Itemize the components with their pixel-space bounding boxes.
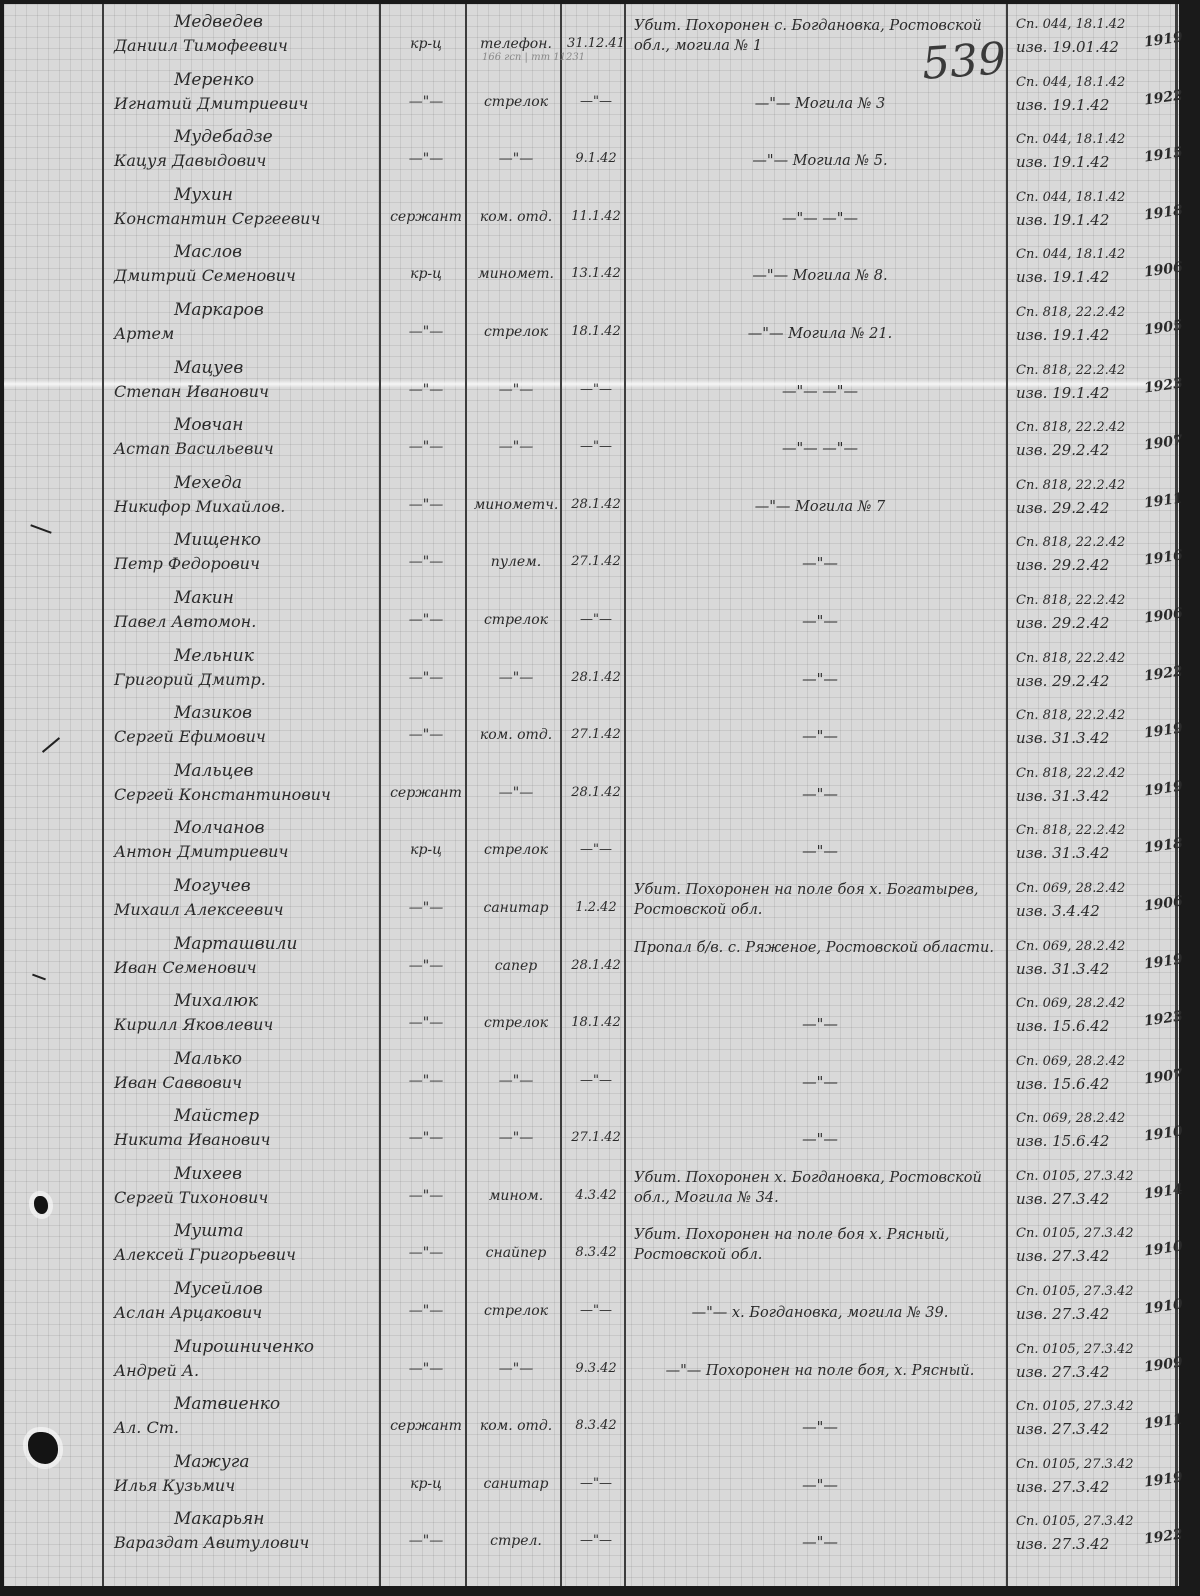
given-name: Петр Федорович: [114, 554, 260, 573]
reference: Сп. 069, 28.2.42изв. 15.6.42: [1016, 1108, 1125, 1154]
birth-year: 1907: [1143, 433, 1184, 454]
reference-notice: изв. 31.3.42: [1016, 960, 1109, 978]
given-name: Константин Сергеевич: [114, 209, 320, 228]
reference-list: Сп. 069, 28.2.42: [1016, 1054, 1125, 1069]
date-of-loss: 9.3.42: [566, 1361, 626, 1376]
rank: сержант: [387, 785, 465, 801]
surname: Мазиков: [174, 703, 252, 723]
position: стрелок: [472, 1303, 560, 1319]
fate-and-burial: Убит. Похоронен х. Богдановка, Ростовско…: [634, 1168, 1006, 1208]
table-row: МирошниченкоАндрей А.—"——"—9.3.42—"— Пох…: [4, 1335, 1179, 1393]
given-name: Даниил Тимофеевич: [114, 36, 288, 55]
date-of-loss: 28.1.42: [566, 497, 626, 512]
fate-and-burial: —"—: [634, 842, 1006, 862]
given-name: Сергей Ефимович: [114, 727, 266, 746]
rank: —"—: [387, 612, 465, 628]
rank: сержант: [387, 1418, 465, 1434]
surname: Медведев: [174, 12, 263, 32]
date-of-loss: —"—: [566, 1303, 626, 1318]
given-name: Вараздат Авитулович: [114, 1533, 309, 1552]
fate-and-burial: —"— Могила № 3: [634, 94, 1006, 114]
fate-and-burial: —"— Могила № 5.: [634, 151, 1006, 171]
fate-and-burial: —"— —"—: [634, 439, 1006, 459]
rank: —"—: [387, 1533, 465, 1549]
surname: Мовчан: [174, 415, 243, 435]
surname: Мехеда: [174, 473, 242, 493]
surname: Маслов: [174, 242, 242, 262]
date-of-loss: —"—: [566, 1476, 626, 1491]
given-name: Астап Васильевич: [114, 439, 274, 458]
surname: Мудебадзе: [174, 127, 273, 147]
reference-list: Сп. 818, 22.2.42: [1016, 766, 1125, 781]
date-of-loss: 28.1.42: [566, 958, 626, 973]
surname: Мухин: [174, 185, 233, 205]
rank: сержант: [387, 209, 465, 225]
position: стрелок: [472, 612, 560, 628]
fate-and-burial: —"— Могила № 21.: [634, 324, 1006, 344]
surname: Мажуга: [174, 1452, 249, 1472]
reference: Сп. 044, 18.1.42изв. 19.1.42: [1016, 129, 1125, 175]
surname: Марташвили: [174, 934, 297, 954]
surname: Макин: [174, 588, 234, 608]
fate-and-burial: —"— —"—: [634, 382, 1006, 402]
table-row: МихалюкКирилл Яковлевич—"—стрелок18.1.42…: [4, 989, 1179, 1047]
position: миномет.: [472, 266, 560, 282]
fate-and-burial: —"—: [634, 1073, 1006, 1093]
reference-list: Сп. 818, 22.2.42: [1016, 823, 1125, 838]
reference-notice: изв. 15.6.42: [1016, 1017, 1109, 1035]
surname: Михалюк: [174, 991, 258, 1011]
birth-year: 1918: [1143, 836, 1184, 857]
table-row: МарташвилиИван Семенович—"—сапер28.1.42П…: [4, 932, 1179, 990]
reference-notice: изв. 27.3.42: [1016, 1363, 1109, 1381]
reference: Сп. 069, 28.2.42изв. 3.4.42: [1016, 878, 1125, 924]
fate-and-burial: —"—: [634, 1418, 1006, 1438]
rank: —"—: [387, 727, 465, 743]
table-row: МалькоИван Саввович—"——"——"——"—Сп. 069, …: [4, 1047, 1179, 1105]
surname: Молчанов: [174, 818, 265, 838]
given-name: Аслан Арцакович: [114, 1303, 262, 1322]
rank: —"—: [387, 1073, 465, 1089]
reference: Сп. 044, 18.1.42изв. 19.01.42: [1016, 14, 1125, 60]
birth-year: 1911: [1143, 490, 1184, 511]
fate-and-burial: —"—: [634, 612, 1006, 632]
reference: Сп. 818, 22.2.42изв. 29.2.42: [1016, 590, 1125, 636]
reference-notice: изв. 15.6.42: [1016, 1075, 1109, 1093]
given-name: Иван Саввович: [114, 1073, 242, 1092]
given-name: Никифор Михайлов.: [114, 497, 285, 516]
rank: кр-ц: [387, 842, 465, 858]
reference-notice: изв. 19.1.42: [1016, 268, 1109, 286]
table-row: МусейловАслан Арцакович—"—стрелок—"——"— …: [4, 1277, 1179, 1335]
birth-year: 1919: [1143, 778, 1184, 799]
reference: Сп. 818, 22.2.42изв. 31.3.42: [1016, 820, 1125, 866]
surname: Мацуев: [174, 358, 243, 378]
rank: —"—: [387, 1245, 465, 1261]
reference-notice: изв. 19.1.42: [1016, 153, 1109, 171]
position: —"—: [472, 382, 560, 398]
reference-notice: изв. 27.3.42: [1016, 1535, 1109, 1553]
given-name: Артем: [114, 324, 174, 343]
reference: Сп. 818, 22.2.42изв. 31.3.42: [1016, 763, 1125, 809]
reference-notice: изв. 27.3.42: [1016, 1305, 1109, 1323]
given-name: Игнатий Дмитриевич: [114, 94, 308, 113]
position: минометч.: [472, 497, 560, 513]
rank: кр-ц: [387, 1476, 465, 1492]
table-row: МовчанАстап Васильевич—"——"——"——"— —"—Сп…: [4, 413, 1179, 471]
position: мином.: [472, 1188, 560, 1204]
given-name: Антон Дмитриевич: [114, 842, 288, 861]
reference-list: Сп. 0105, 27.3.42: [1016, 1284, 1134, 1299]
table-row: МакинПавел Автомон.—"—стрелок—"——"—Сп. 8…: [4, 586, 1179, 644]
given-name: Андрей А.: [114, 1361, 199, 1380]
rank: —"—: [387, 1130, 465, 1146]
reference-notice: изв. 27.3.42: [1016, 1478, 1109, 1496]
position-note: 166 гсп | тт 11231: [482, 52, 585, 63]
reference: Сп. 0105, 27.3.42изв. 27.3.42: [1016, 1223, 1134, 1269]
reference: Сп. 818, 22.2.42изв. 29.2.42: [1016, 648, 1125, 694]
rank: —"—: [387, 900, 465, 916]
reference-notice: изв. 19.1.42: [1016, 384, 1109, 402]
position: —"—: [472, 785, 560, 801]
given-name: Сергей Тихонович: [114, 1188, 268, 1207]
birth-year: 1915: [1143, 145, 1184, 166]
reference-list: Сп. 818, 22.2.42: [1016, 363, 1125, 378]
reference-notice: изв. 31.3.42: [1016, 729, 1109, 747]
table-row: МатвиенкоАл. Ст.сержантком. отд.8.3.42—"…: [4, 1392, 1179, 1450]
birth-year: 1922: [1143, 1527, 1184, 1548]
fate-and-burial: —"— Могила № 8.: [634, 266, 1006, 286]
reference-list: Сп. 818, 22.2.42: [1016, 478, 1125, 493]
date-of-loss: —"—: [566, 94, 626, 109]
reference-list: Сп. 044, 18.1.42: [1016, 17, 1125, 32]
birth-year: 1906: [1143, 605, 1184, 626]
rank: —"—: [387, 497, 465, 513]
reference-notice: изв. 19.01.42: [1016, 38, 1119, 56]
reference: Сп. 818, 22.2.42изв. 31.3.42: [1016, 705, 1125, 751]
reference-list: Сп. 0105, 27.3.42: [1016, 1514, 1134, 1529]
surname: Мельник: [174, 646, 254, 666]
rank: кр-ц: [387, 266, 465, 282]
reference-notice: изв. 3.4.42: [1016, 902, 1100, 920]
reference-notice: изв. 29.2.42: [1016, 614, 1109, 632]
rank: —"—: [387, 151, 465, 167]
rank: —"—: [387, 1188, 465, 1204]
reference-list: Сп. 818, 22.2.42: [1016, 535, 1125, 550]
birth-year: 1919: [1143, 29, 1184, 50]
surname: Макарьян: [174, 1509, 264, 1529]
position: стрел.: [472, 1533, 560, 1549]
table-row: МацуевСтепан Иванович—"——"——"——"— —"—Сп.…: [4, 356, 1179, 414]
position: —"—: [472, 1361, 560, 1377]
date-of-loss: —"—: [566, 382, 626, 397]
date-of-loss: 27.1.42: [566, 554, 626, 569]
fate-and-burial: —"—: [634, 727, 1006, 747]
reference-notice: изв. 27.3.42: [1016, 1247, 1109, 1265]
date-of-loss: 28.1.42: [566, 670, 626, 685]
fate-and-burial: —"—: [634, 1533, 1006, 1553]
reference-notice: изв. 29.2.42: [1016, 499, 1109, 517]
given-name: Илья Кузьмич: [114, 1476, 235, 1495]
table-row: МолчановАнтон Дмитриевичкр-цстрелок—"——"…: [4, 816, 1179, 874]
reference-notice: изв. 19.1.42: [1016, 96, 1109, 114]
reference: Сп. 818, 22.2.42изв. 29.2.42: [1016, 475, 1125, 521]
position: санитар: [472, 1476, 560, 1492]
rank: —"—: [387, 1361, 465, 1377]
rank: —"—: [387, 439, 465, 455]
birth-year: 1919: [1143, 1469, 1184, 1490]
position: —"—: [472, 670, 560, 686]
rank: —"—: [387, 670, 465, 686]
fate-and-burial: —"— Могила № 7: [634, 497, 1006, 517]
position: ком. отд.: [472, 1418, 560, 1434]
reference-list: Сп. 044, 18.1.42: [1016, 75, 1125, 90]
fate-and-burial: —"—: [634, 554, 1006, 574]
table-row: МакарьянВараздат Авитулович—"—стрел.—"——…: [4, 1507, 1179, 1565]
reference-list: Сп. 0105, 27.3.42: [1016, 1169, 1134, 1184]
rank: кр-ц: [387, 36, 465, 52]
table-row: МогучевМихаил Алексеевич—"—санитар1.2.42…: [4, 874, 1179, 932]
given-name: Михаил Алексеевич: [114, 900, 284, 919]
reference-list: Сп. 0105, 27.3.42: [1016, 1399, 1134, 1414]
given-name: Кацуя Давыдович: [114, 151, 266, 170]
date-of-loss: —"—: [566, 842, 626, 857]
table-row: МедведевДаниил Тимофеевичкр-цтелефон.166…: [4, 10, 1179, 68]
reference: Сп. 044, 18.1.42изв. 19.1.42: [1016, 72, 1125, 118]
birth-year: 1916: [1143, 548, 1184, 569]
reference: Сп. 0105, 27.3.42изв. 27.3.42: [1016, 1281, 1134, 1327]
date-of-loss: 18.1.42: [566, 324, 626, 339]
reference: Сп. 818, 22.2.42изв. 29.2.42: [1016, 532, 1125, 578]
fate-and-burial: —"—: [634, 1015, 1006, 1035]
position: ком. отд.: [472, 727, 560, 743]
date-of-loss: 4.3.42: [566, 1188, 626, 1203]
table-row: МаркаровАртем—"—стрелок18.1.42—"— Могила…: [4, 298, 1179, 356]
rank: —"—: [387, 1015, 465, 1031]
given-name: Иван Семенович: [114, 958, 257, 977]
reference-notice: изв. 29.2.42: [1016, 441, 1109, 459]
surname: Мусейлов: [174, 1279, 263, 1299]
reference: Сп. 818, 22.2.42изв. 19.1.42: [1016, 360, 1125, 406]
fate-and-burial: —"—: [634, 1476, 1006, 1496]
reference: Сп. 044, 18.1.42изв. 19.1.42: [1016, 187, 1125, 233]
reference-notice: изв. 31.3.42: [1016, 787, 1109, 805]
position: стрелок: [472, 1015, 560, 1031]
fate-and-burial: Убит. Похоронен на поле боя х. Рясный, Р…: [634, 1225, 1006, 1265]
register-rows: МедведевДаниил Тимофеевичкр-цтелефон.166…: [4, 10, 1179, 1565]
rank: —"—: [387, 554, 465, 570]
table-row: МищенкоПетр Федорович—"—пулем.27.1.42—"—…: [4, 528, 1179, 586]
reference-list: Сп. 069, 28.2.42: [1016, 996, 1125, 1011]
birth-year: 1919: [1143, 720, 1184, 741]
birth-year: 1906: [1143, 260, 1184, 281]
fate-and-burial: —"—: [634, 785, 1006, 805]
surname: Маркаров: [174, 300, 264, 320]
birth-year: 1922: [1143, 87, 1184, 108]
given-name: Павел Автомон.: [114, 612, 256, 631]
table-row: МухинКонстантин Сергеевичсержантком. отд…: [4, 183, 1179, 241]
fate-and-burial: Убит. Похоронен на поле боя х. Богатырев…: [634, 880, 1006, 920]
date-of-loss: 11.1.42: [566, 209, 626, 224]
surname: Мирошниченко: [174, 1337, 314, 1357]
surname: Меренко: [174, 70, 254, 90]
birth-year: 1905: [1143, 317, 1184, 338]
date-of-loss: 27.1.42: [566, 727, 626, 742]
rank: —"—: [387, 324, 465, 340]
birth-year: 1922: [1143, 663, 1184, 684]
reference-list: Сп. 044, 18.1.42: [1016, 190, 1125, 205]
fate-and-burial: —"— —"—: [634, 209, 1006, 229]
reference-list: Сп. 0105, 27.3.42: [1016, 1342, 1134, 1357]
date-of-loss: 9.1.42: [566, 151, 626, 166]
fate-and-burial: —"—: [634, 670, 1006, 690]
table-row: МайстерНикита Иванович—"——"—27.1.42—"—Сп…: [4, 1104, 1179, 1162]
reference: Сп. 0105, 27.3.42изв. 27.3.42: [1016, 1339, 1134, 1385]
birth-year: 1911: [1143, 1412, 1184, 1433]
given-name: Степан Иванович: [114, 382, 269, 401]
date-of-loss: —"—: [566, 1533, 626, 1548]
given-name: Никита Иванович: [114, 1130, 270, 1149]
register-page: 539 МедведевДаниил Тимофеевичкр-цтелефон…: [4, 4, 1179, 1586]
birth-year: 1919: [1143, 951, 1184, 972]
table-row: МажугаИлья Кузьмичкр-цсанитар—"——"—Сп. 0…: [4, 1450, 1179, 1508]
reference-list: Сп. 044, 18.1.42: [1016, 247, 1125, 262]
position: телефон.: [472, 36, 560, 52]
surname: Мальцев: [174, 761, 253, 781]
reference-notice: изв. 31.3.42: [1016, 844, 1109, 862]
reference-list: Сп. 069, 28.2.42: [1016, 939, 1125, 954]
birth-year: 1923: [1143, 1008, 1184, 1029]
reference-notice: изв. 19.1.42: [1016, 211, 1109, 229]
reference-list: Сп. 818, 22.2.42: [1016, 708, 1125, 723]
given-name: Ал. Ст.: [114, 1418, 179, 1437]
table-row: МехедаНикифор Михайлов.—"—минометч.28.1.…: [4, 471, 1179, 529]
reference: Сп. 0105, 27.3.42изв. 27.3.42: [1016, 1166, 1134, 1212]
rank: —"—: [387, 958, 465, 974]
table-row: МеренкоИгнатий Дмитриевич—"—стрелок—"——"…: [4, 68, 1179, 126]
table-row: МальцевСергей Константиновичсержант—"—28…: [4, 759, 1179, 817]
reference-notice: изв. 27.3.42: [1016, 1420, 1109, 1438]
reference-list: Сп. 818, 22.2.42: [1016, 305, 1125, 320]
rank: —"—: [387, 94, 465, 110]
given-name: Сергей Константинович: [114, 785, 331, 804]
birth-year: 1910: [1143, 1124, 1184, 1145]
date-of-loss: 1.2.42: [566, 900, 626, 915]
reference: Сп. 069, 28.2.42изв. 15.6.42: [1016, 993, 1125, 1039]
reference: Сп. 0105, 27.3.42изв. 27.3.42: [1016, 1511, 1134, 1557]
rank: —"—: [387, 1303, 465, 1319]
table-row: МихеевСергей Тихонович—"—мином.4.3.42Уби…: [4, 1162, 1179, 1220]
position: снайпер: [472, 1245, 560, 1261]
position: —"—: [472, 439, 560, 455]
surname: Майстер: [174, 1106, 259, 1126]
date-of-loss: 13.1.42: [566, 266, 626, 281]
reference-notice: изв. 15.6.42: [1016, 1132, 1109, 1150]
position: ком. отд.: [472, 209, 560, 225]
birth-year: 1914: [1143, 1181, 1184, 1202]
position: стрелок: [472, 842, 560, 858]
reference-notice: изв. 27.3.42: [1016, 1190, 1109, 1208]
birth-year: 1909: [1143, 1354, 1184, 1375]
fate-and-burial: Пропал б/в. с. Ряженое, Ростовской облас…: [634, 938, 1006, 958]
reference-notice: изв. 19.1.42: [1016, 326, 1109, 344]
surname: Мищенко: [174, 530, 261, 550]
position: стрелок: [472, 324, 560, 340]
reference-list: Сп. 818, 22.2.42: [1016, 593, 1125, 608]
reference-list: Сп. 069, 28.2.42: [1016, 1111, 1125, 1126]
birth-year: 1918: [1143, 202, 1184, 223]
date-of-loss: 8.3.42: [566, 1418, 626, 1433]
reference: Сп. 0105, 27.3.42изв. 27.3.42: [1016, 1454, 1134, 1500]
table-row: МуштаАлексей Григорьевич—"—снайпер8.3.42…: [4, 1219, 1179, 1277]
birth-year: 1910: [1143, 1296, 1184, 1317]
fate-and-burial: —"—: [634, 1130, 1006, 1150]
reference: Сп. 069, 28.2.42изв. 15.6.42: [1016, 1051, 1125, 1097]
date-of-loss: 31.12.41: [566, 36, 626, 51]
birth-year: 1907: [1143, 1066, 1184, 1087]
birth-year: 1910: [1143, 1239, 1184, 1260]
fate-and-burial: Убит. Похоронен с. Богдановка, Ростовско…: [634, 16, 1006, 56]
position: стрелок: [472, 94, 560, 110]
date-of-loss: —"—: [566, 439, 626, 454]
reference-notice: изв. 29.2.42: [1016, 672, 1109, 690]
date-of-loss: 27.1.42: [566, 1130, 626, 1145]
reference-list: Сп. 0105, 27.3.42: [1016, 1457, 1134, 1472]
birth-year: 1906: [1143, 893, 1184, 914]
surname: Матвиенко: [174, 1394, 280, 1414]
position: сапер: [472, 958, 560, 974]
reference-list: Сп. 069, 28.2.42: [1016, 881, 1125, 896]
date-of-loss: 28.1.42: [566, 785, 626, 800]
reference-list: Сп. 0105, 27.3.42: [1016, 1226, 1134, 1241]
reference: Сп. 044, 18.1.42изв. 19.1.42: [1016, 244, 1125, 290]
surname: Мушта: [174, 1221, 244, 1241]
birth-year: 1923: [1143, 375, 1184, 396]
date-of-loss: —"—: [566, 612, 626, 627]
given-name: Дмитрий Семенович: [114, 266, 296, 285]
reference-list: Сп. 818, 22.2.42: [1016, 651, 1125, 666]
table-row: МазиковСергей Ефимович—"—ком. отд.27.1.4…: [4, 701, 1179, 759]
reference: Сп. 818, 22.2.42изв. 19.1.42: [1016, 302, 1125, 348]
date-of-loss: 18.1.42: [566, 1015, 626, 1030]
date-of-loss: —"—: [566, 1073, 626, 1088]
position: пулем.: [472, 554, 560, 570]
table-row: МудебадзеКацуя Давыдович—"——"—9.1.42—"— …: [4, 125, 1179, 183]
surname: Михеев: [174, 1164, 242, 1184]
surname: Малько: [174, 1049, 242, 1069]
position: —"—: [472, 151, 560, 167]
rank: —"—: [387, 382, 465, 398]
table-row: МельникГригорий Дмитр.—"——"—28.1.42—"—Сп…: [4, 644, 1179, 702]
date-of-loss: 8.3.42: [566, 1245, 626, 1260]
fate-and-burial: —"— Похоронен на поле боя, х. Рясный.: [634, 1361, 1006, 1381]
reference: Сп. 069, 28.2.42изв. 31.3.42: [1016, 936, 1125, 982]
reference-list: Сп. 818, 22.2.42: [1016, 420, 1125, 435]
given-name: Алексей Григорьевич: [114, 1245, 296, 1264]
reference: Сп. 0105, 27.3.42изв. 27.3.42: [1016, 1396, 1134, 1442]
fate-and-burial: —"— х. Богдановка, могила № 39.: [634, 1303, 1006, 1323]
reference: Сп. 818, 22.2.42изв. 29.2.42: [1016, 417, 1125, 463]
given-name: Григорий Дмитр.: [114, 670, 266, 689]
reference-notice: изв. 29.2.42: [1016, 556, 1109, 574]
reference-list: Сп. 044, 18.1.42: [1016, 132, 1125, 147]
position: санитар: [472, 900, 560, 916]
position: —"—: [472, 1130, 560, 1146]
given-name: Кирилл Яковлевич: [114, 1015, 273, 1034]
position: —"—: [472, 1073, 560, 1089]
table-row: МасловДмитрий Семеновичкр-цминомет.13.1.…: [4, 240, 1179, 298]
surname: Могучев: [174, 876, 251, 896]
